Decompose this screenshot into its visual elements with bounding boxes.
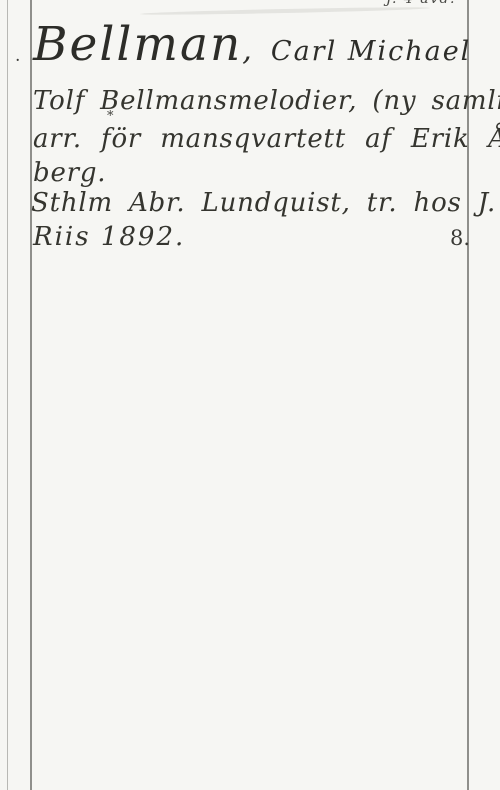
imprint-line: Sthlm Abr. Lundquist, tr. hos J. &. A. (31, 190, 500, 216)
arrangement-line-continuation: berg. (33, 160, 106, 186)
margin-dot: . (15, 46, 20, 66)
heading-author: Bellman, Carl Michael (33, 21, 471, 68)
format-number: 8. (450, 226, 470, 250)
catalog-card-scan: J. 4 avd. . Bellman, Carl Michael Tolf B… (0, 0, 500, 790)
left-margin-rule (7, 0, 8, 790)
card-left-rule (30, 0, 32, 790)
author-forenames: Carl Michael (271, 36, 471, 67)
card-right-rule (467, 0, 469, 790)
insertion-mark: * (107, 109, 114, 124)
heading-comma: , (242, 33, 252, 68)
imprint-year-line: Riis 1892. (33, 224, 185, 250)
author-surname: Bellman (33, 17, 242, 72)
title-line: Tolf Bellmansmelodier, (ny samling) (33, 88, 500, 114)
arrangement-line: arr. för mansqvartett af Erik Åker- (33, 126, 500, 152)
corner-shelfmark: J. 4 avd. (386, 0, 456, 7)
scan-smudge (140, 6, 430, 16)
